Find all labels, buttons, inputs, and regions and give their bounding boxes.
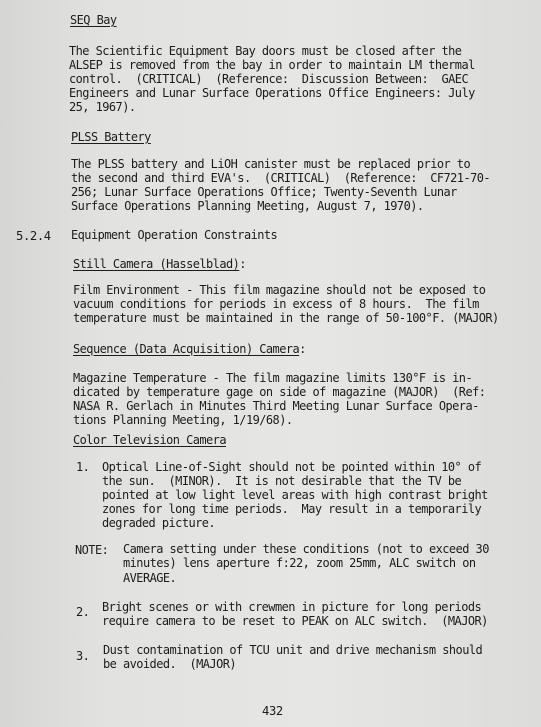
text-line: Camera setting under these conditions (n… (123, 543, 489, 557)
text-line: NASA R. Gerlach in Minutes Third Meeting… (73, 400, 479, 414)
heading-seq-bay: SEQ Bay (70, 14, 117, 28)
text-line: ALSEP is removed from the bay in order t… (69, 59, 475, 73)
heading-still-camera: Still Camera (Hasselblad): (73, 258, 246, 272)
text-line: Bright scenes or with crewmen in picture… (102, 601, 481, 615)
text-line: control. (CRITICAL) (Reference: Discussi… (69, 73, 468, 87)
section-number: 5.2.4 (16, 229, 51, 243)
text-line: the second and third EVA's. (CRITICAL) (… (71, 172, 490, 186)
text-line: 25, 1967). (69, 101, 136, 115)
text-line: Dust contamination of TCU unit and drive… (103, 644, 482, 658)
text-line: require camera to be reset to PEAK on AL… (102, 615, 488, 629)
text-line: Engineers and Lunar Surface Operations O… (69, 87, 475, 101)
text-line: pointed at low light level areas with hi… (102, 489, 488, 503)
text-line: The PLSS battery and LiOH canister must … (71, 158, 470, 172)
section-title: Equipment Operation Constraints (71, 229, 277, 243)
heading-color-tv-camera: Color Television Camera (73, 434, 226, 448)
list-marker: 2. (76, 606, 89, 620)
list-marker: 3. (76, 650, 89, 664)
document-page: SEQ Bay The Scientific Equipment Bay doo… (0, 0, 541, 727)
text-line: be avoided. (MAJOR) (103, 658, 236, 672)
text-line: minutes) lens aperture f:22, zoom 25mm, … (123, 557, 476, 571)
text-line: temperature must be maintained in the ra… (73, 312, 499, 326)
text-line: 256; Lunar Surface Operations Office; Tw… (71, 186, 457, 200)
heading-sequence-camera: Sequence (Data Acquisition) Camera: (73, 343, 306, 357)
page-number: 432 (262, 704, 283, 718)
heading-plss-battery: PLSS Battery (71, 131, 151, 145)
text-line: Film Environment - This film magazine sh… (73, 284, 485, 298)
text-line: AVERAGE. (123, 572, 176, 586)
text-line: the sun. (MINOR). It is not desirable th… (102, 475, 461, 489)
note-label: NOTE: (75, 544, 108, 558)
text-line: dicated by temperature gage on side of m… (73, 386, 485, 400)
text-line: Surface Operations Planning Meeting, Aug… (71, 200, 424, 214)
text-line: Magazine Temperature - The film magazine… (73, 372, 472, 386)
text-line: zones for long time periods. May result … (102, 503, 481, 517)
text-line: degraded picture. (102, 517, 215, 531)
text-line: tions Planning Meeting, 1/19/68). (73, 414, 293, 428)
list-marker: 1. (76, 461, 89, 475)
text-line: vacuum conditions for periods in excess … (73, 298, 479, 312)
text-line: The Scientific Equipment Bay doors must … (69, 45, 461, 59)
text-line: Optical Line-of-Sight should not be poin… (102, 461, 481, 475)
